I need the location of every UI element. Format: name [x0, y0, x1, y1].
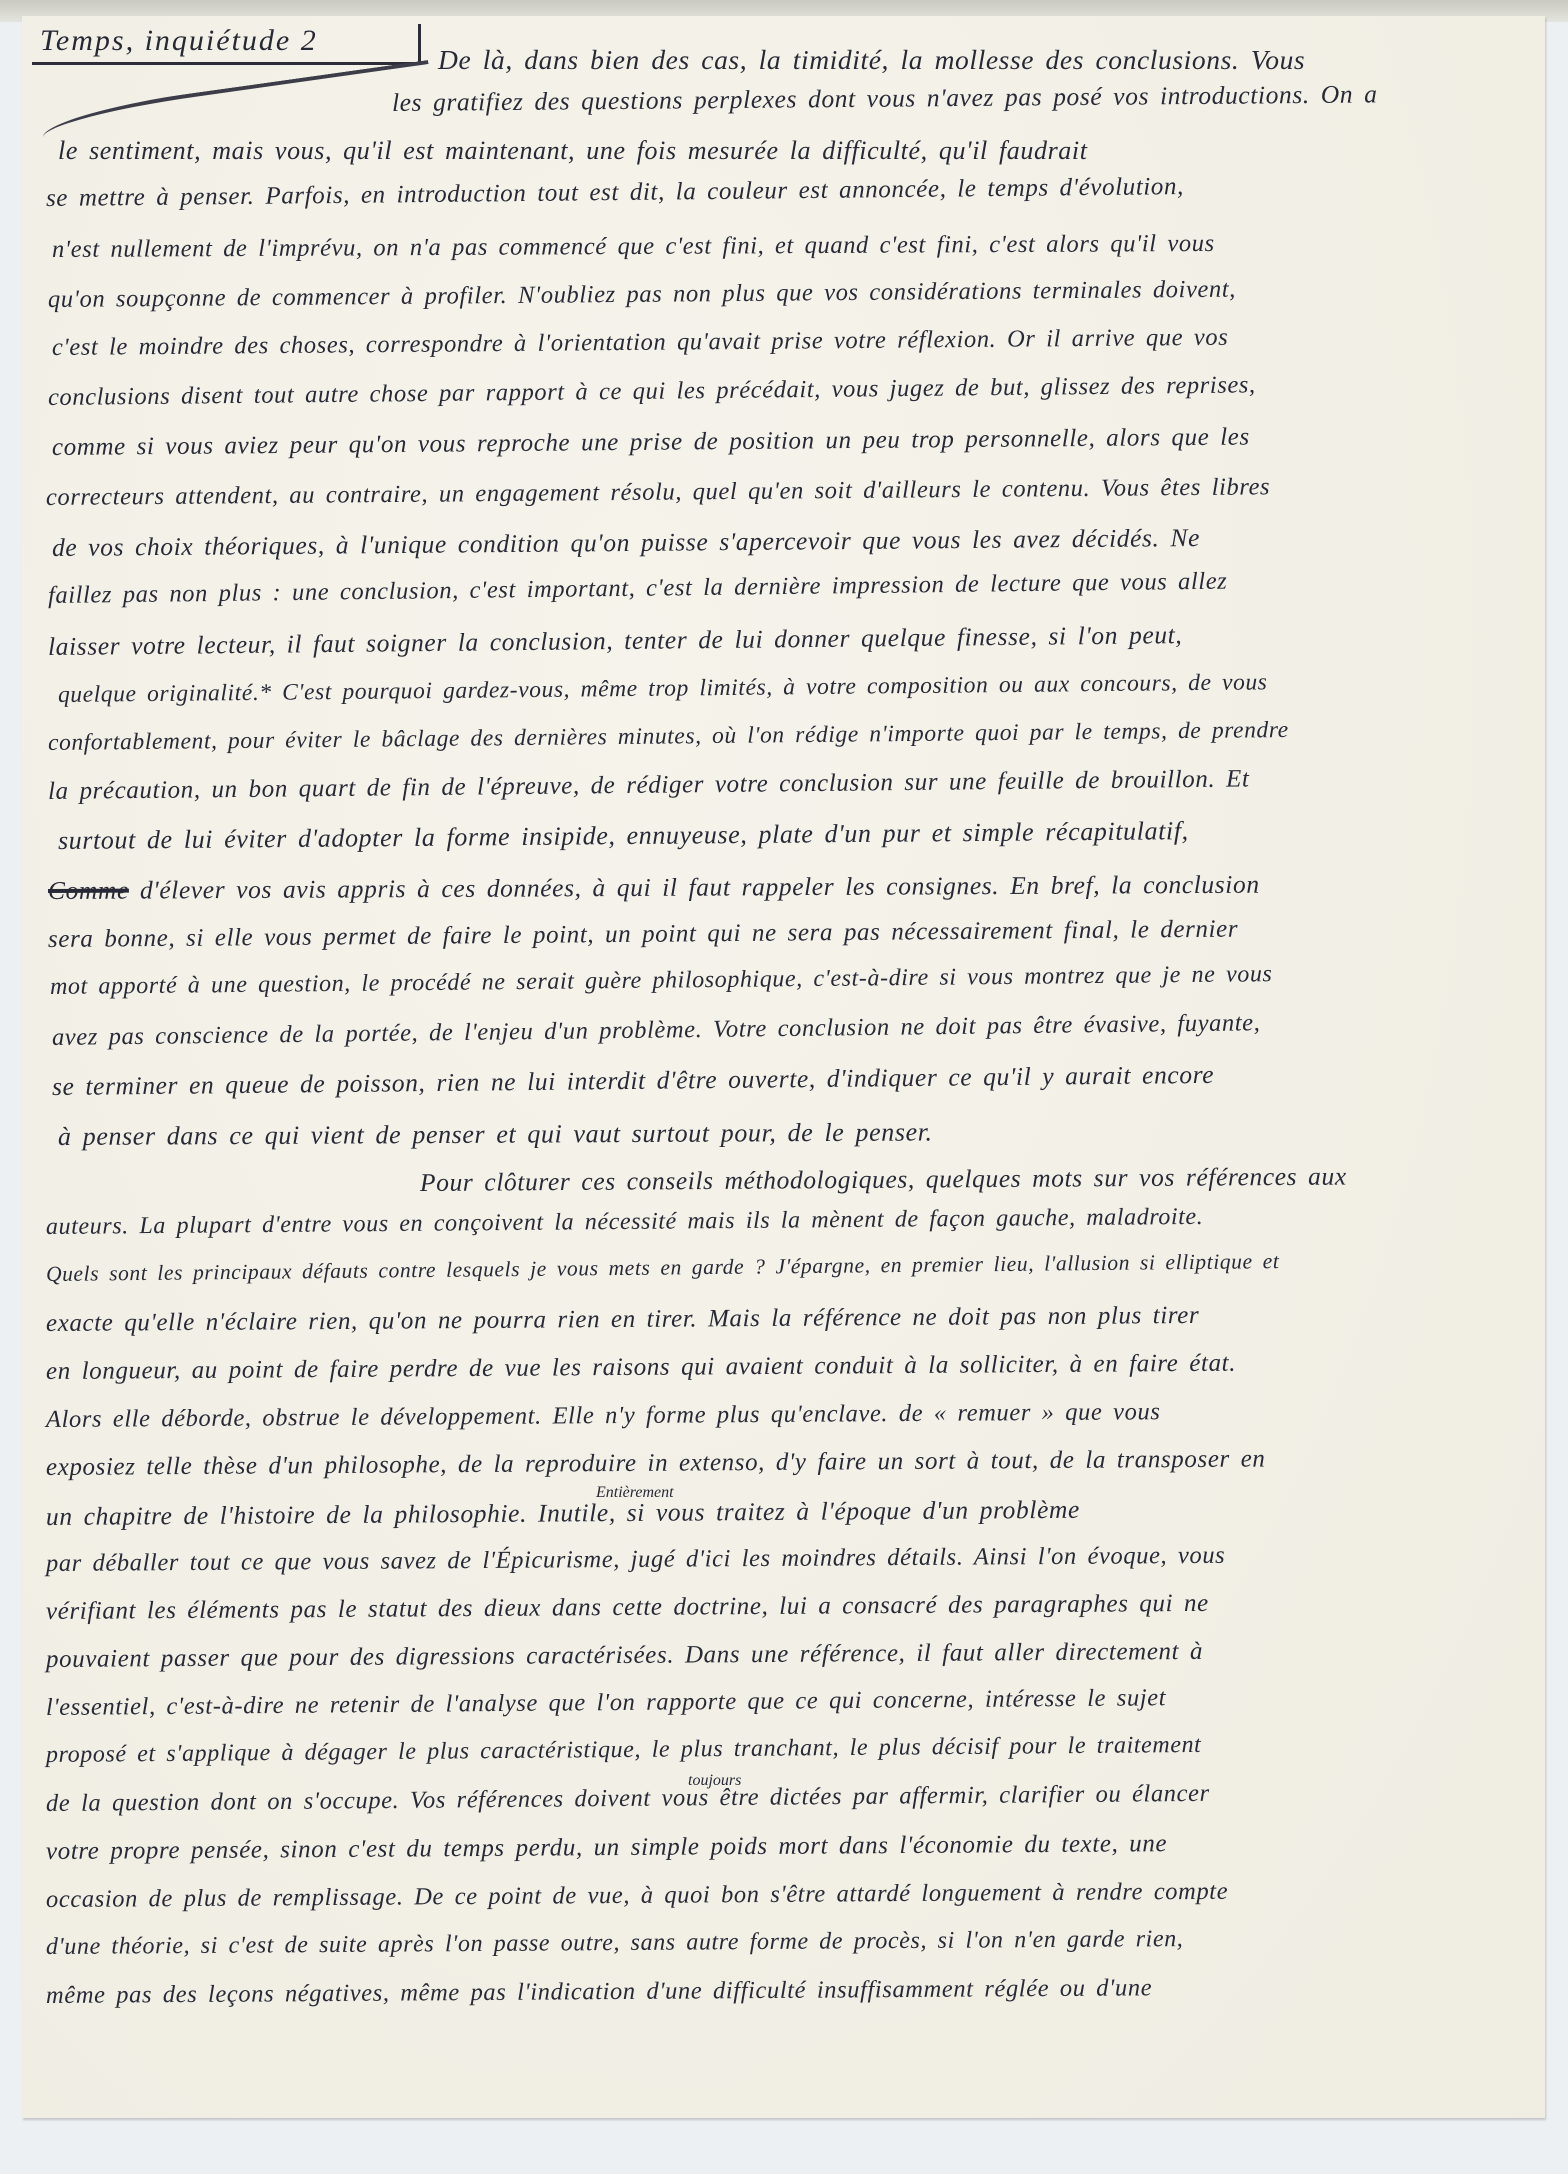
page-title: Temps, inquiétude 2 — [40, 24, 318, 58]
text-line: à penser dans ce qui vient de penser et … — [58, 1117, 933, 1152]
text-line-content: d'élever vos avis appris à ces données, … — [140, 870, 1260, 905]
insertion-above: toujours — [688, 1772, 741, 1790]
struck-word: Comme — [48, 876, 129, 905]
insertion-above: Entièrement — [596, 1484, 674, 1502]
text-line: le sentiment, mais vous, qu'il est maint… — [58, 136, 1088, 166]
text-line: Comme d'élever vos avis appris à ces don… — [48, 870, 1260, 906]
text-line: De là, dans bien des cas, la timidité, l… — [438, 44, 1305, 76]
